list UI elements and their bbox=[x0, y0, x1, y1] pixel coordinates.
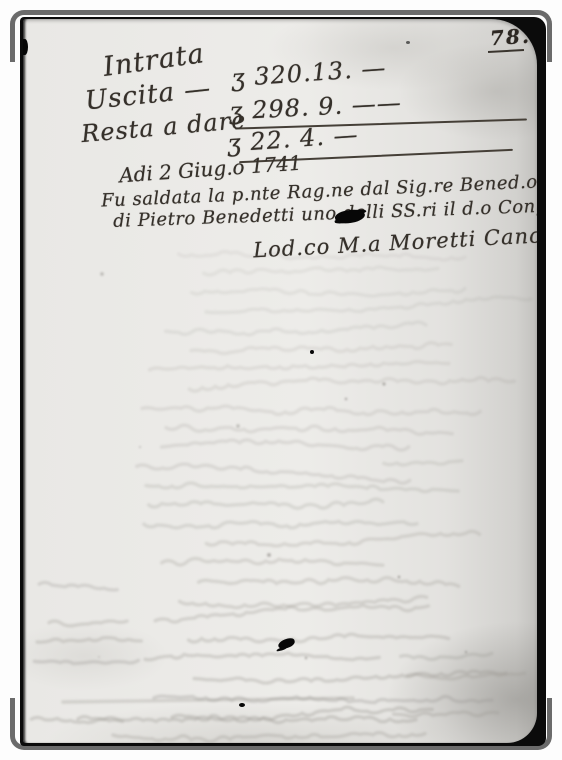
manuscript-scan: 78. Intrata ʒ 320.13. — Uscita — ʒ 298. … bbox=[20, 17, 546, 746]
ink-speck bbox=[239, 703, 245, 707]
manuscript-page: 78. Intrata ʒ 320.13. — Uscita — ʒ 298. … bbox=[23, 19, 537, 743]
ink-speck bbox=[310, 350, 314, 354]
ink-speck bbox=[406, 41, 410, 44]
page-number: 78. bbox=[489, 24, 531, 51]
scan-viewport: 78. Intrata ʒ 320.13. — Uscita — ʒ 298. … bbox=[0, 0, 562, 760]
